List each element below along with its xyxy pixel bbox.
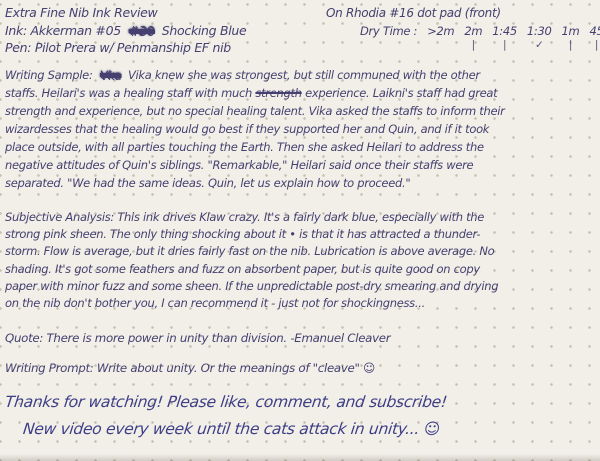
subjective-analysis-paragraph: Subjective Analysis: This ink drives Kla… xyxy=(5,209,498,312)
subjective-analysis-line: Subjective Analysis: This ink drives Kla… xyxy=(5,209,498,226)
dry-time-item: 1m | xyxy=(562,23,580,52)
page-title: Extra Fine Nib Ink Review xyxy=(5,4,246,22)
quote-line: Quote: There is more power in unity than… xyxy=(5,331,390,345)
dry-time-label: Dry Time : xyxy=(360,23,417,52)
struck-through-word: strength xyxy=(255,86,301,100)
dry-time-tick: | xyxy=(503,39,506,52)
writing-sample-paragraph: Writing Sample: Vka Vika knew she was st… xyxy=(5,66,505,192)
ink-value: Shocking Blue xyxy=(162,23,247,38)
dry-time-tick: | xyxy=(472,39,475,52)
page-bottom-shadow xyxy=(0,454,600,461)
scribbled-out-word: Vka xyxy=(100,68,121,82)
ink-line: Ink: Akkerman #05 #30 Shocking Blue xyxy=(5,22,246,40)
writing-sample-line: Writing Sample: Vka Vika knew she was st… xyxy=(5,66,505,84)
subjective-analysis-line: strong pink sheen. The only thing shocki… xyxy=(5,226,498,243)
header-right: On Rhodia #16 dot pad (front) Dry Time :… xyxy=(326,5,600,52)
subjective-analysis-line: shading. It's got some feathers and fuzz… xyxy=(5,261,498,278)
dry-time-item: 45 | xyxy=(589,23,600,52)
writing-sample-line: place outside, with all parties touching… xyxy=(5,138,505,156)
ink-scribbled-out-text: #30 xyxy=(129,23,154,38)
outro-thanks-line: Thanks for watching! Please like, commen… xyxy=(4,393,448,411)
writing-sample-line: wizardesses that the healing would go be… xyxy=(5,120,505,138)
dry-time-item: >2m xyxy=(427,23,454,52)
dry-time-row: Dry Time : >2m 2m | 1:45 | 1:30 ✓ 1m | 4… xyxy=(326,23,600,52)
writing-sample-label: Writing Sample: xyxy=(5,68,93,82)
ink-label: Ink: Akkerman #05 xyxy=(5,23,121,38)
dry-time-item: 1:45 | xyxy=(492,23,517,52)
dry-time-checkmark: ✓ xyxy=(535,39,544,52)
outro-new-video-line: New video every week until the cats atta… xyxy=(22,420,441,438)
writing-sample-line: strength and experience, but no special … xyxy=(5,102,505,120)
dry-time-item: 2m | xyxy=(464,23,482,52)
dry-time-item: 1:30 ✓ xyxy=(527,23,552,52)
writing-sample-line: staffs. Heilari's was a healing staff wi… xyxy=(5,84,505,102)
writing-sample-line: negative attitudes of Quin's siblings. "… xyxy=(5,156,505,174)
writing-prompt-line: Writing Prompt: Write about unity. Or th… xyxy=(5,361,375,375)
subjective-analysis-line: paper with minor fuzz and some sheen. If… xyxy=(5,278,498,295)
writing-sample-line: separated. "We had the same ideas. Quin,… xyxy=(5,174,505,192)
header-left: Extra Fine Nib Ink Review Ink: Akkerman … xyxy=(5,4,246,57)
paper-line: On Rhodia #16 dot pad (front) xyxy=(326,5,600,21)
pen-line: Pen: Pilot Prera w/ Penmanship EF nib xyxy=(5,39,246,57)
subjective-analysis-line: on the nib don't bother you, I can recom… xyxy=(5,295,498,312)
subjective-analysis-line: storm. Flow is average, but it dries fai… xyxy=(5,243,498,260)
dry-time-tick: | xyxy=(569,39,572,52)
dry-time-tick: | xyxy=(595,39,598,52)
